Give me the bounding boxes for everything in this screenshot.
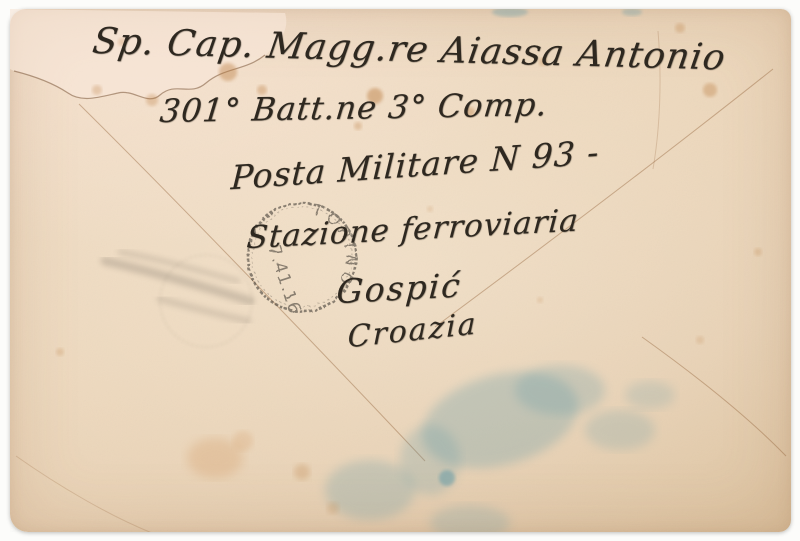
handwriting-line-unit: 301° Batt.ne 3° Comp. [158, 85, 550, 130]
scan-background: TORINO 7.41.16 [0, 0, 800, 541]
handwriting-line-town: Gospić [335, 265, 463, 311]
envelope-back: TORINO 7.41.16 [10, 9, 791, 532]
